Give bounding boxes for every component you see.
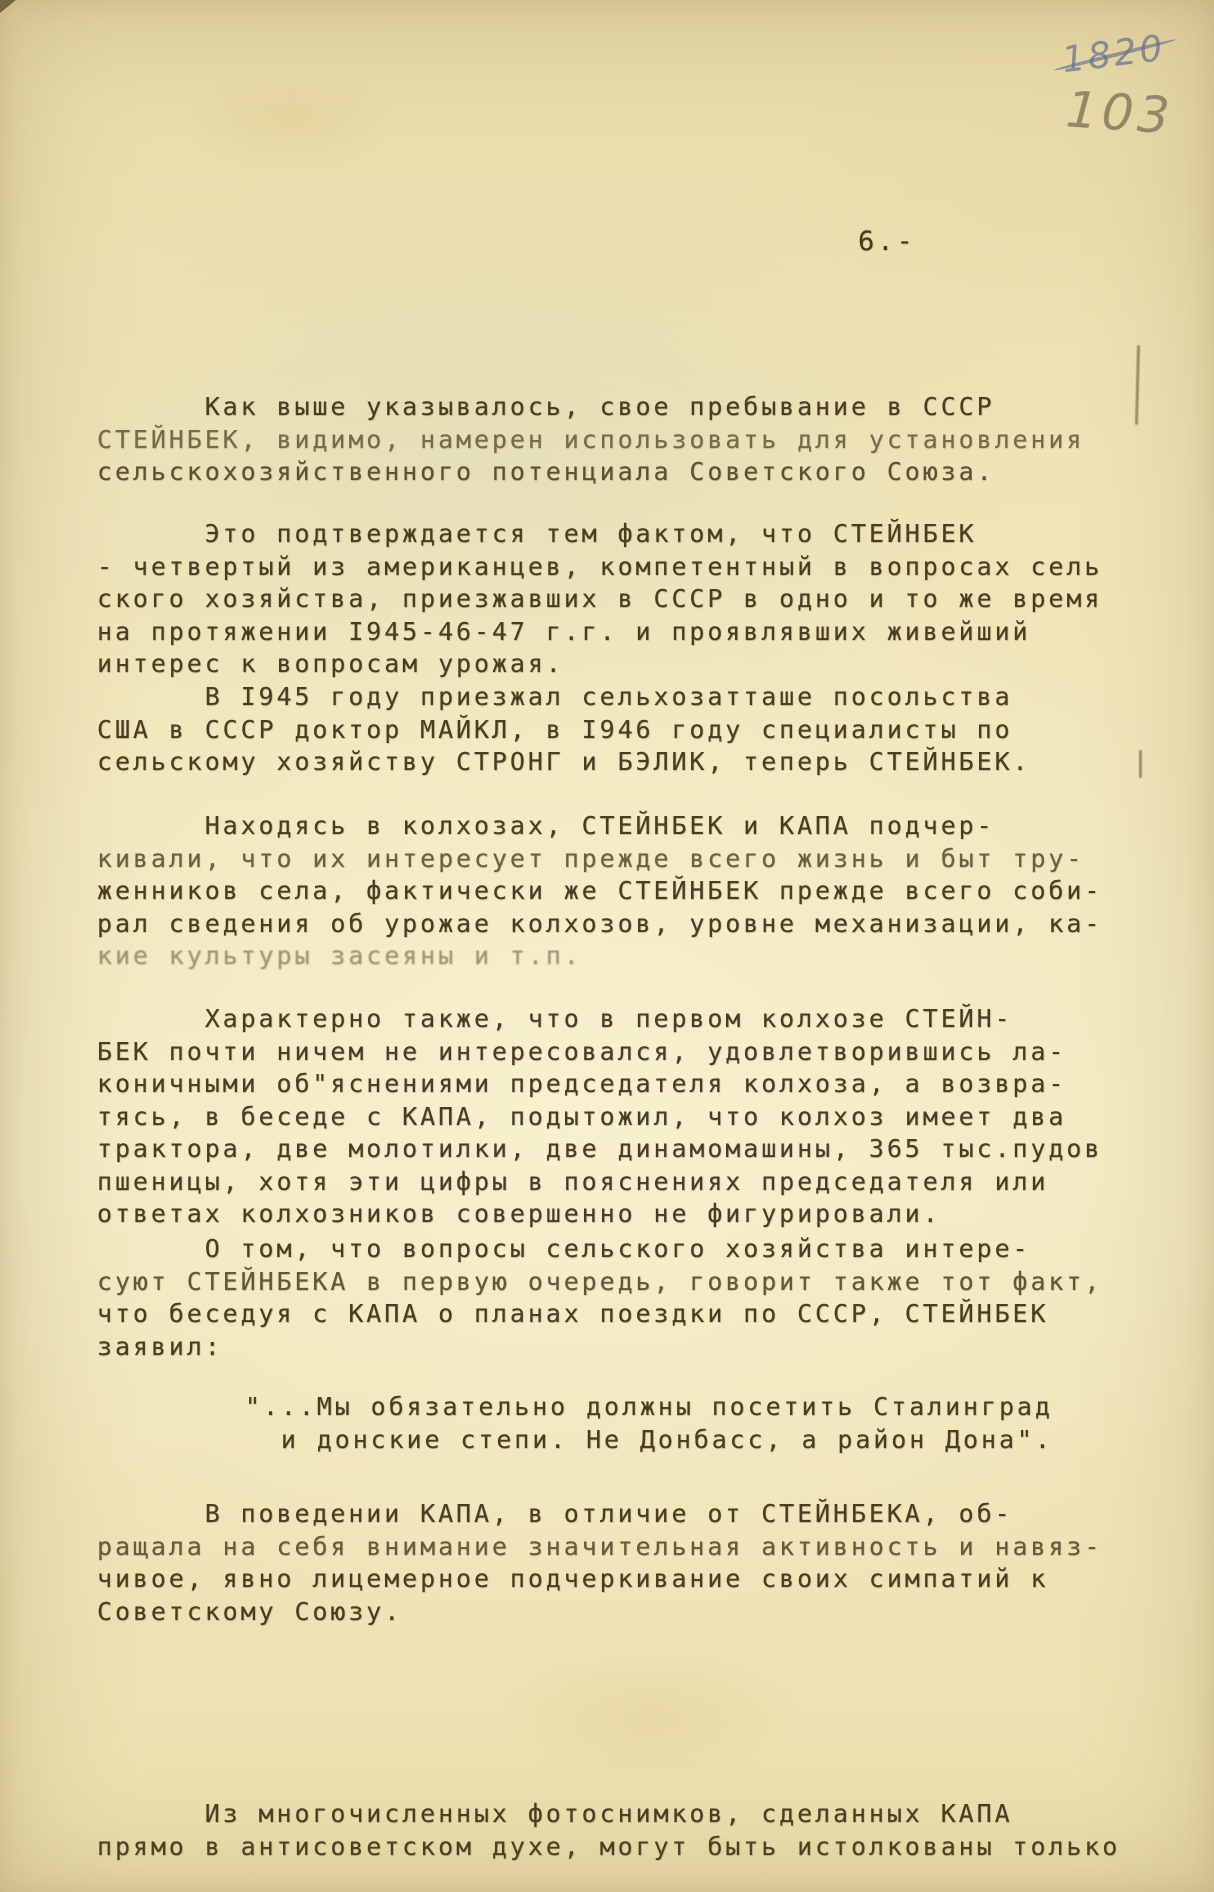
text-line: рал сведения об урожае колхозов, уровне … (97, 908, 1102, 941)
paragraph-9: Из многочисленных фотоснимков, сделанных… (97, 1798, 1120, 1863)
paragraph-6: О том, что вопросы сельского хозяйства и… (97, 1233, 1102, 1363)
text-line: Из многочисленных фотоснимков, сделанных… (97, 1798, 1120, 1831)
paragraph-2: Это подтверждается тем фактом, что СТЕЙН… (97, 518, 1102, 681)
text-line: тясь, в беседе с КАПА, подытожил, что ко… (97, 1101, 1102, 1134)
text-line: сельскохозяйственного потенциала Советск… (97, 456, 1084, 489)
text-line: на протяжении I945-46-47 г.г. и проявляв… (97, 616, 1102, 649)
text-line: ского хозяйства, приезжавших в СССР в од… (97, 583, 1102, 616)
paragraph-4: Находясь в колхозах, СТЕЙНБЕК и КАПА под… (97, 810, 1102, 973)
text-line: женников села, фактически же СТЕЙНБЕК пр… (97, 875, 1102, 908)
text-line: кие культуры засеяны и т.п. (97, 940, 1102, 973)
text-line: Характерно также, что в первом колхозе С… (97, 1003, 1102, 1036)
text-line: заявил: (97, 1331, 1102, 1364)
typed-page-number: 6.- (858, 226, 916, 257)
text-line: и донские степи. Не Донбасс, а район Дон… (245, 1424, 1053, 1457)
text-line: коничными об"яснениями председателя колх… (97, 1068, 1102, 1101)
text-line: пшеницы, хотя эти цифры в пояснениях пре… (97, 1166, 1102, 1199)
text-line: В I945 году приезжал сельхозатташе посол… (97, 681, 1030, 714)
text-line: кивали, что их интересует прежде всего ж… (97, 843, 1102, 876)
text-line: Советскому Союзу. (97, 1596, 1102, 1629)
text-line: трактора, две молотилки, две динамомашин… (97, 1133, 1102, 1166)
text-line: Находясь в колхозах, СТЕЙНБЕК и КАПА под… (97, 810, 1102, 843)
paper-stain (180, 60, 400, 180)
text-line: чивое, явно лицемерное подчеркивание сво… (97, 1563, 1102, 1596)
paragraph-8: В поведении КАПА, в отличие от СТЕЙНБЕКА… (97, 1498, 1102, 1628)
text-line: сельскому хозяйству СТРОНГ и БЭЛИК, тепе… (97, 746, 1030, 779)
scan-corner-artifact (0, 0, 16, 13)
text-line: В поведении КАПА, в отличие от СТЕЙНБЕКА… (97, 1498, 1102, 1531)
text-line: "...Мы обязательно должны посетить Стали… (245, 1391, 1053, 1424)
paragraph-1: Как выше указывалось, свое пребывание в … (97, 391, 1084, 489)
handwritten-page-number: 103 (1064, 80, 1175, 145)
text-line: БЕК почти ничем не интересовался, удовле… (97, 1036, 1102, 1069)
text-line: ответах колхозников совершенно не фигури… (97, 1198, 1102, 1231)
quote-block: "...Мы обязательно должны посетить Стали… (245, 1391, 1053, 1456)
text-line: интерес к вопросам урожая. (97, 648, 1102, 681)
text-line: США в СССР доктор МАЙКЛ, в I946 году спе… (97, 714, 1030, 747)
paper-stain (500, 1650, 800, 1790)
text-line: ращала на себя внимание значительная акт… (97, 1531, 1102, 1564)
text-line: О том, что вопросы сельского хозяйства и… (97, 1233, 1102, 1266)
text-line: прямо в антисоветском духе, могут быть и… (97, 1831, 1120, 1864)
text-line: Это подтверждается тем фактом, что СТЕЙН… (97, 518, 1102, 551)
scanned-document-page: 1820 103 6.- Как выше указывалось, свое … (0, 0, 1214, 1892)
text-line: - четвертый из американцев, компетентный… (97, 551, 1102, 584)
margin-pen-mark (1139, 750, 1142, 778)
margin-pen-mark (1135, 345, 1140, 425)
handwritten-crossed-number: 1820 (1060, 28, 1168, 81)
text-line: суют СТЕЙНБЕКА в первую очередь, говорит… (97, 1266, 1102, 1299)
text-line: Как выше указывалось, свое пребывание в … (97, 391, 1084, 424)
paragraph-5: Характерно также, что в первом колхозе С… (97, 1003, 1102, 1231)
text-line: что беседуя с КАПА о планах поездки по С… (97, 1298, 1102, 1331)
paragraph-3: В I945 году приезжал сельхозатташе посол… (97, 681, 1030, 779)
text-line: СТЕЙНБЕК, видимо, намерен использовать д… (97, 424, 1084, 457)
